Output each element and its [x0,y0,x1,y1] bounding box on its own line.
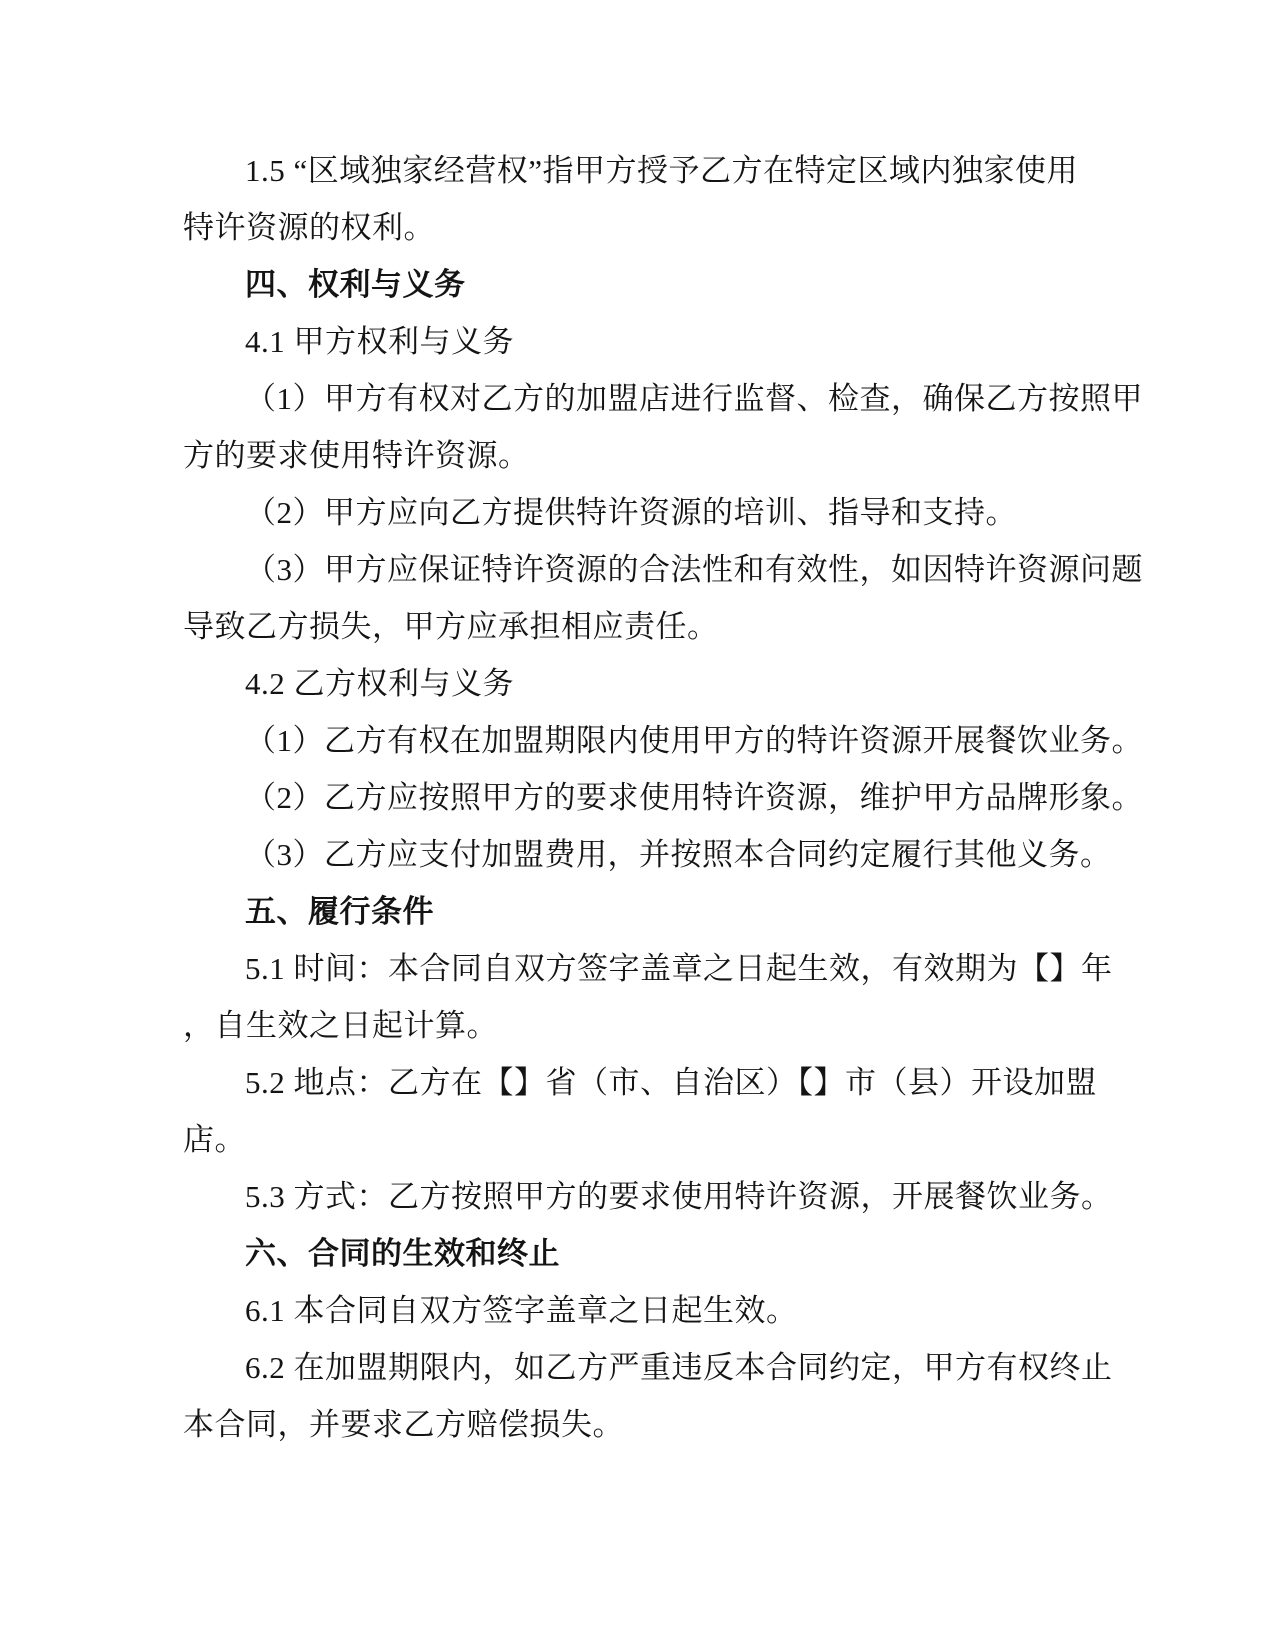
section-4-heading: 四、权利与义务 [183,256,1093,313]
clause-4-2-item-3: （3）乙方应支付加盟费用，并按照本合同约定履行其他义务。 [183,826,1093,883]
clause-1-5-line-2: 特许资源的权利。 [183,199,1093,256]
clause-4-1-item-3-line-1: （3）甲方应保证特许资源的合法性和有效性，如因特许资源问题 [183,541,1093,598]
clause-5-1-line-2: ，自生效之日起计算。 [183,997,1093,1054]
section-6-heading: 六、合同的生效和终止 [183,1225,1093,1282]
clause-5-1-line-1: 5.1 时间：本合同自双方签字盖章之日起生效，有效期为【】年 [183,940,1093,997]
clause-6-1: 6.1 本合同自双方签字盖章之日起生效。 [183,1282,1093,1339]
clause-5-2-line-2: 店。 [183,1111,1093,1168]
clause-4-2-item-2: （2）乙方应按照甲方的要求使用特许资源，维护甲方品牌形象。 [183,769,1093,826]
clause-4-1-item-3-line-2: 导致乙方损失，甲方应承担相应责任。 [183,598,1093,655]
clause-4-1-item-2: （2）甲方应向乙方提供特许资源的培训、指导和支持。 [183,484,1093,541]
contract-document-page: 1.5 “区域独家经营权”指甲方授予乙方在特定区域内独家使用 特许资源的权利。 … [0,0,1275,1650]
section-5-heading: 五、履行条件 [183,883,1093,940]
document-body: 1.5 “区域独家经营权”指甲方授予乙方在特定区域内独家使用 特许资源的权利。 … [183,142,1093,1453]
clause-4-1-item-1-line-1: （1）甲方有权对乙方的加盟店进行监督、检查，确保乙方按照甲 [183,370,1093,427]
clause-4-1-item-1-line-2: 方的要求使用特许资源。 [183,427,1093,484]
clause-4-2-item-1: （1）乙方有权在加盟期限内使用甲方的特许资源开展餐饮业务。 [183,712,1093,769]
clause-4-1-title: 4.1 甲方权利与义务 [183,313,1093,370]
clause-6-2-line-1: 6.2 在加盟期限内，如乙方严重违反本合同约定，甲方有权终止 [183,1339,1093,1396]
clause-1-5-line-1: 1.5 “区域独家经营权”指甲方授予乙方在特定区域内独家使用 [183,142,1093,199]
clause-4-2-title: 4.2 乙方权利与义务 [183,655,1093,712]
clause-5-2-line-1: 5.2 地点：乙方在【】省（市、自治区）【】市（县）开设加盟 [183,1054,1093,1111]
clause-5-3: 5.3 方式：乙方按照甲方的要求使用特许资源，开展餐饮业务。 [183,1168,1093,1225]
clause-6-2-line-2: 本合同，并要求乙方赔偿损失。 [183,1396,1093,1453]
